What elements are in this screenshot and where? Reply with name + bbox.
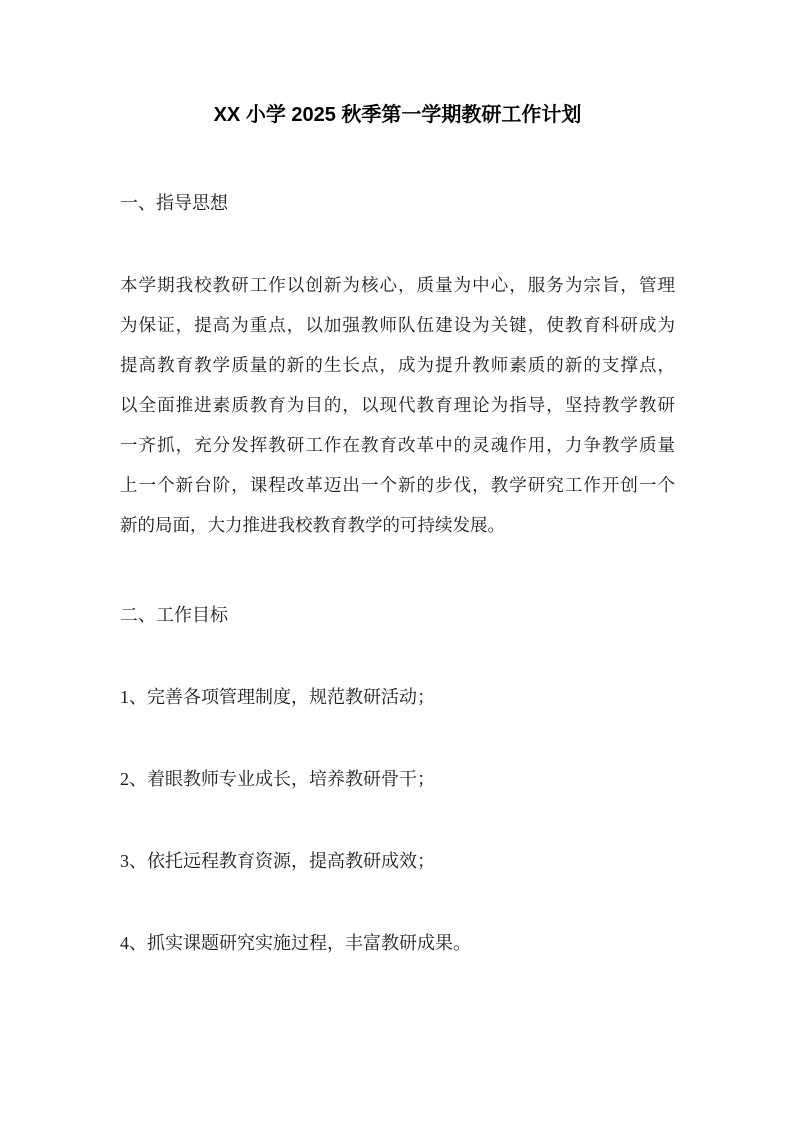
paragraph-line: 本学期我校教研工作以创新为核心，质量为中心，服务为宗旨，管理 <box>120 265 675 305</box>
work-goal-item: 1、完善各项管理制度，规范教研活动； <box>120 677 675 717</box>
section-heading-guiding-ideology: 一、指导思想 <box>120 183 675 223</box>
work-goal-item: 2、着眼教师专业成长，培养教研骨干； <box>120 759 675 799</box>
document-page: XX 小学 2025 秋季第一学期教研工作计划 一、指导思想 本学期我校教研工作… <box>0 0 793 1122</box>
guiding-ideology-paragraph: 本学期我校教研工作以创新为核心，质量为中心，服务为宗旨，管理 为保证，提高为重点… <box>120 265 675 545</box>
paragraph-line: 以全面推进素质教育为目的，以现代教育理论为指导，坚持教学教研 <box>120 385 675 425</box>
document-title: XX 小学 2025 秋季第一学期教研工作计划 <box>120 95 675 135</box>
section-heading-work-goals: 二、工作目标 <box>120 595 675 635</box>
work-goal-item: 4、抓实课题研究实施过程，丰富教研成果。 <box>120 923 675 963</box>
paragraph-line: 新的局面，大力推进我校教育教学的可持续发展。 <box>120 505 675 545</box>
paragraph-line: 为保证，提高为重点，以加强教师队伍建设为关键，使教育科研成为 <box>120 305 675 345</box>
work-goal-item: 3、依托远程教育资源，提高教研成效； <box>120 841 675 881</box>
paragraph-line: 提高教育教学质量的新的生长点，成为提升教师素质的新的支撑点， <box>120 345 675 385</box>
paragraph-line: 上一个新台阶，课程改革迈出一个新的步伐，教学研究工作开创一个 <box>120 465 675 505</box>
paragraph-line: 一齐抓，充分发挥教研工作在教育改革中的灵魂作用，力争教学质量 <box>120 425 675 465</box>
